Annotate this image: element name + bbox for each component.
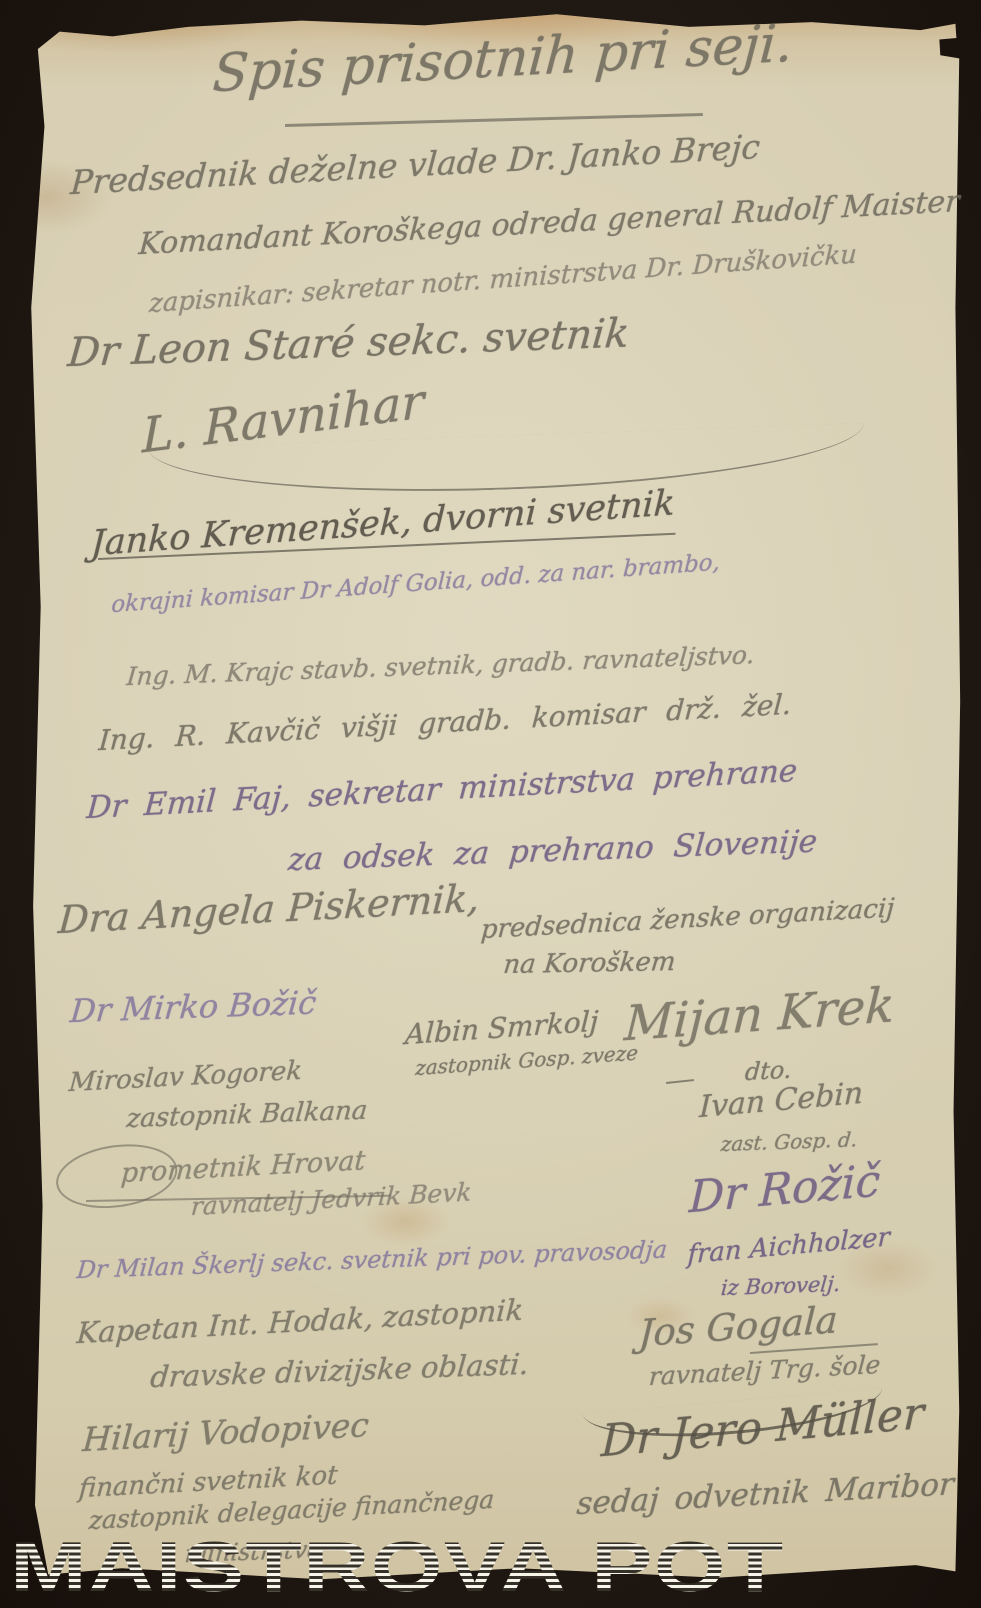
- signature-role: iz Borovelj.: [720, 1272, 841, 1300]
- watermark-text: MAISTROVA POT: [10, 1532, 784, 1603]
- signature-role: zast. Gosp. d.: [720, 1127, 858, 1156]
- signature-role: na Koroškem: [502, 947, 677, 980]
- scanned-document: Spis prisotnih pri seji.Predsednik dežel…: [0, 0, 981, 1608]
